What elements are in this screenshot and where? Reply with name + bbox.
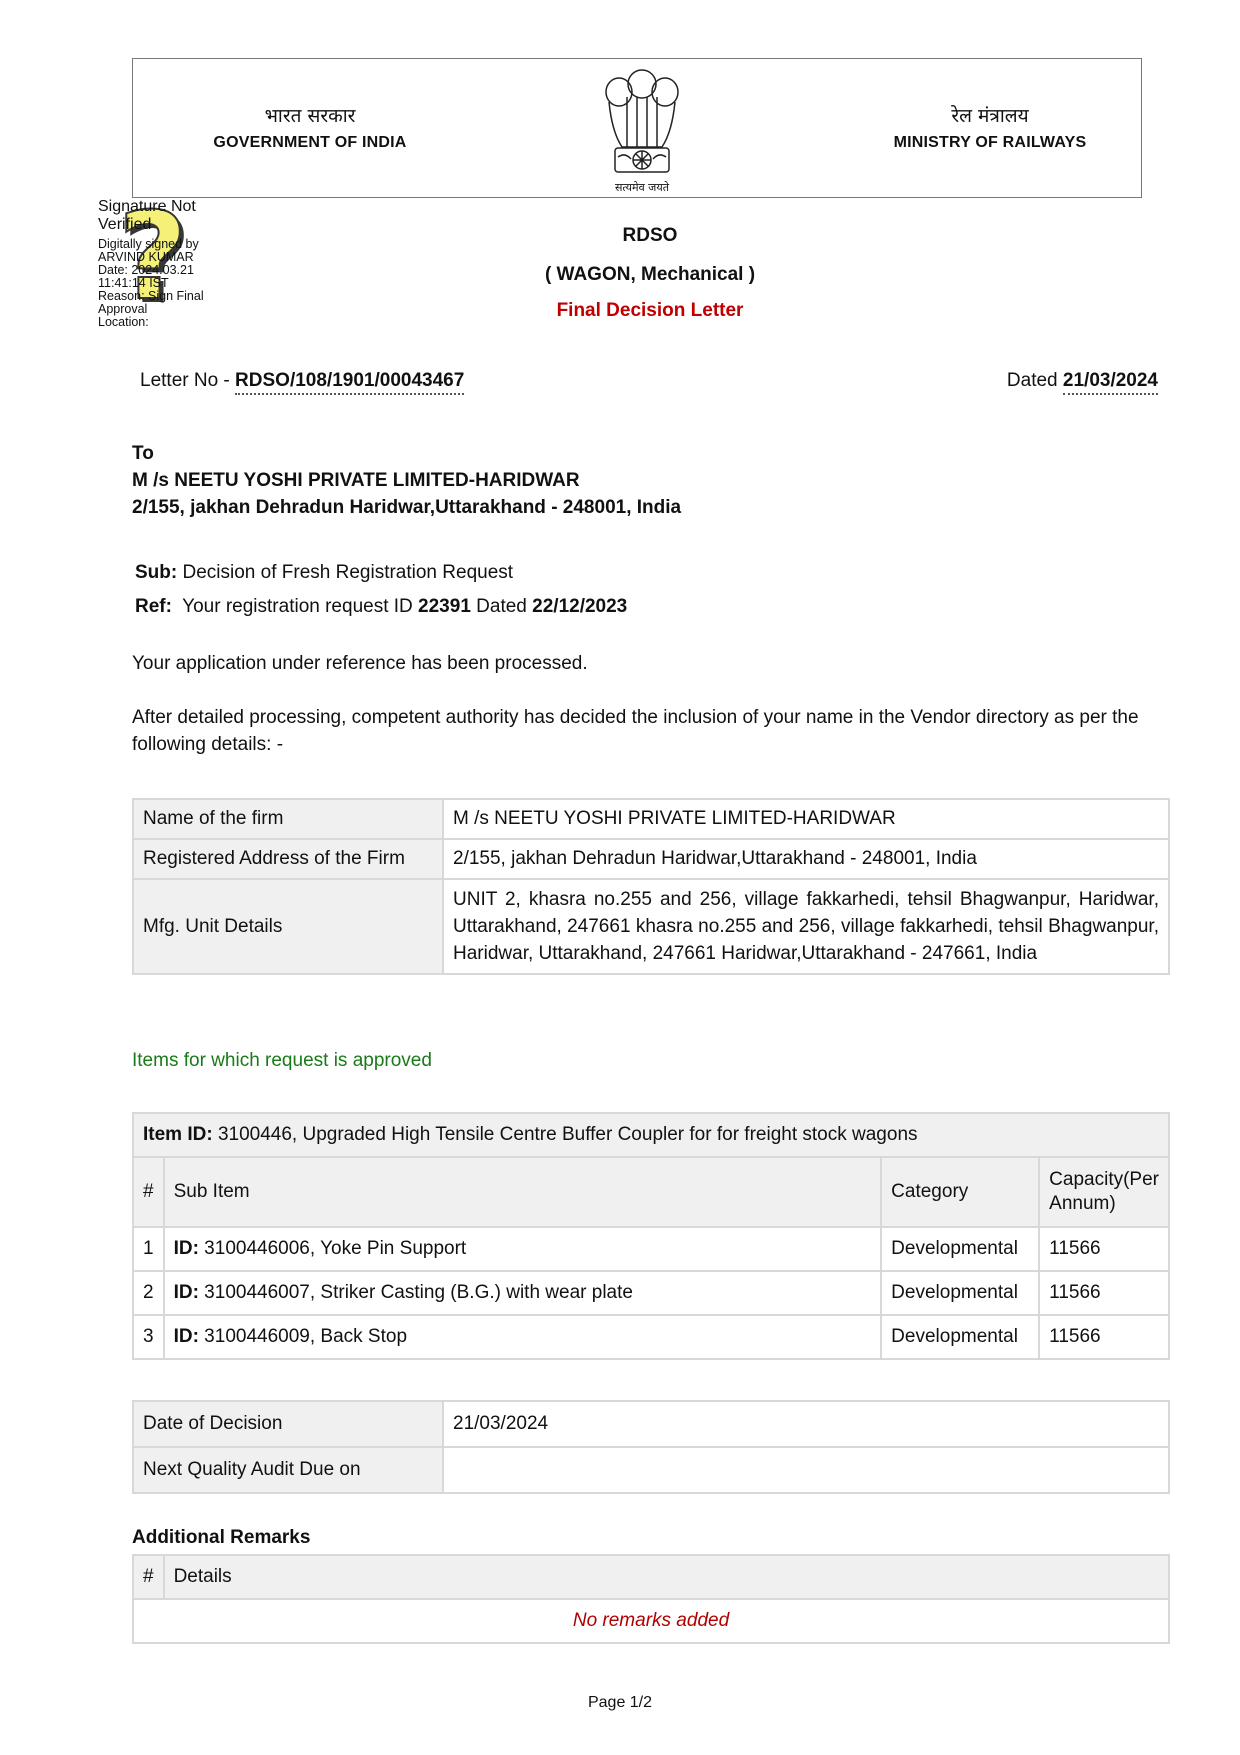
decision-dates-table: Date of Decision 21/03/2024 Next Quality… bbox=[132, 1400, 1170, 1494]
id-label: ID: bbox=[174, 1326, 199, 1347]
signature-status: Signature Not Verified bbox=[98, 198, 238, 234]
letterhead-left: भारत सरकार GOVERNMENT OF INDIA bbox=[150, 102, 470, 152]
id-label: ID: bbox=[174, 1282, 199, 1303]
ref-dated-text: Dated bbox=[471, 596, 532, 617]
signature-location: Location: bbox=[98, 316, 238, 329]
item-description: 3100446, Upgraded High Tensile Centre Bu… bbox=[213, 1124, 918, 1145]
document-titles: RDSO ( WAGON, Mechanical ) Final Decisio… bbox=[400, 225, 900, 322]
letter-number: Letter No - RDSO/108/1901/00043467 bbox=[140, 370, 464, 392]
row-number: 3 bbox=[133, 1315, 164, 1359]
row-number: 1 bbox=[133, 1227, 164, 1271]
national-emblem-icon bbox=[587, 62, 697, 192]
table-row: 3 ID: 3100446009, Back Stop Developmenta… bbox=[133, 1315, 1169, 1359]
letter-date-value: 21/03/2024 bbox=[1063, 370, 1158, 395]
ref-text: Your registration request ID bbox=[182, 596, 418, 617]
sub-item-cell: ID: 3100446006, Yoke Pin Support bbox=[164, 1227, 882, 1271]
letterhead-right: रेल मंत्रालय MINISTRY OF RAILWAYS bbox=[830, 102, 1150, 152]
id-label: ID: bbox=[174, 1238, 199, 1259]
sub-item-cell: ID: 3100446009, Back Stop bbox=[164, 1315, 882, 1359]
to-label: To bbox=[132, 440, 681, 467]
signature-reason: Reason: Sign Final Approval bbox=[98, 290, 238, 316]
sub-item-text: 3100446007, Striker Casting (B.G.) with … bbox=[199, 1282, 633, 1303]
decision-date-value: 21/03/2024 bbox=[443, 1401, 1169, 1447]
govt-english: GOVERNMENT OF INDIA bbox=[150, 134, 470, 152]
ref-date: 22/12/2023 bbox=[532, 596, 627, 617]
subject-block: Sub: Decision of Fresh Registration Requ… bbox=[135, 556, 627, 624]
sub-item-text: 3100446009, Back Stop bbox=[199, 1326, 407, 1347]
document-title: Final Decision Letter bbox=[400, 300, 900, 322]
decision-date-label: Date of Decision bbox=[133, 1401, 443, 1447]
recipient-address: 2/155, jakhan Dehradun Haridwar,Uttarakh… bbox=[132, 494, 681, 521]
no-remarks-text: No remarks added bbox=[133, 1599, 1169, 1643]
table-row: Name of the firm M /s NEETU YOSHI PRIVAT… bbox=[133, 799, 1169, 839]
letter-date: Dated 21/03/2024 bbox=[1007, 370, 1158, 392]
body-paragraph-2: After detailed processing, competent aut… bbox=[132, 704, 1162, 758]
item-id-label: Item ID: bbox=[143, 1124, 213, 1145]
firm-address-label: Registered Address of the Firm bbox=[133, 839, 443, 879]
capacity-cell: 11566 bbox=[1039, 1227, 1169, 1271]
mfg-unit-value: UNIT 2, khasra no.255 and 256, village f… bbox=[443, 879, 1169, 974]
emblem-motto: सत्यमेव जयते bbox=[587, 180, 697, 195]
capacity-cell: 11566 bbox=[1039, 1271, 1169, 1315]
category-cell: Developmental bbox=[881, 1271, 1039, 1315]
sub-item-text: 3100446006, Yoke Pin Support bbox=[199, 1238, 466, 1259]
govt-hindi: भारत सरकार bbox=[150, 102, 470, 128]
table-row: No remarks added bbox=[133, 1599, 1169, 1643]
page-number: Page 1/2 bbox=[0, 1694, 1240, 1712]
col-category: Category bbox=[881, 1157, 1039, 1227]
ministry-hindi: रेल मंत्रालय bbox=[830, 102, 1150, 128]
letter-number-label: Letter No - bbox=[140, 370, 235, 391]
sub-item-cell: ID: 3100446007, Striker Casting (B.G.) w… bbox=[164, 1271, 882, 1315]
ref-id: 22391 bbox=[418, 596, 471, 617]
table-header-row: # Details bbox=[133, 1555, 1169, 1599]
approved-items-heading: Items for which request is approved bbox=[132, 1050, 432, 1072]
category-cell: Developmental bbox=[881, 1227, 1039, 1271]
subject-label: Sub: bbox=[135, 562, 177, 583]
subject-text: Decision of Fresh Registration Request bbox=[183, 562, 514, 583]
table-row: 2 ID: 3100446007, Striker Casting (B.G.)… bbox=[133, 1271, 1169, 1315]
firm-address-value: 2/155, jakhan Dehradun Haridwar,Uttarakh… bbox=[443, 839, 1169, 879]
ref-label: Ref: bbox=[135, 596, 172, 617]
approved-items-table: Item ID: 3100446, Upgraded High Tensile … bbox=[132, 1112, 1170, 1360]
col-number: # bbox=[133, 1157, 164, 1227]
signature-signer: Digitally signed by ARVIND KUMAR bbox=[98, 238, 238, 264]
col-capacity: Capacity(Per Annum) bbox=[1039, 1157, 1169, 1227]
table-row: Mfg. Unit Details UNIT 2, khasra no.255 … bbox=[133, 879, 1169, 974]
firm-name-value: M /s NEETU YOSHI PRIVATE LIMITED-HARIDWA… bbox=[443, 799, 1169, 839]
directorate-title: ( WAGON, Mechanical ) bbox=[400, 264, 900, 286]
letter-date-label: Dated bbox=[1007, 370, 1063, 391]
table-row: Registered Address of the Firm 2/155, ja… bbox=[133, 839, 1169, 879]
recipient-name: M /s NEETU YOSHI PRIVATE LIMITED-HARIDWA… bbox=[132, 467, 681, 494]
signature-block[interactable]: Signature Not Verified Digitally signed … bbox=[98, 198, 238, 329]
next-audit-value bbox=[443, 1447, 1169, 1493]
next-audit-label: Next Quality Audit Due on bbox=[133, 1447, 443, 1493]
col-number: # bbox=[133, 1555, 164, 1599]
col-sub-item: Sub Item bbox=[164, 1157, 882, 1227]
body-paragraph-1: Your application under reference has bee… bbox=[132, 650, 1162, 677]
table-header-row: # Sub Item Category Capacity(Per Annum) bbox=[133, 1157, 1169, 1227]
table-row: Next Quality Audit Due on bbox=[133, 1447, 1169, 1493]
table-row: 1 ID: 3100446006, Yoke Pin Support Devel… bbox=[133, 1227, 1169, 1271]
table-row: Date of Decision 21/03/2024 bbox=[133, 1401, 1169, 1447]
category-cell: Developmental bbox=[881, 1315, 1039, 1359]
item-header-row: Item ID: 3100446, Upgraded High Tensile … bbox=[133, 1113, 1169, 1157]
firm-name-label: Name of the firm bbox=[133, 799, 443, 839]
capacity-cell: 11566 bbox=[1039, 1315, 1169, 1359]
remarks-heading: Additional Remarks bbox=[132, 1527, 310, 1549]
col-details: Details bbox=[164, 1555, 1169, 1599]
letter-number-value: RDSO/108/1901/00043467 bbox=[235, 370, 464, 395]
org-title: RDSO bbox=[400, 225, 900, 247]
row-number: 2 bbox=[133, 1271, 164, 1315]
recipient-block: To M /s NEETU YOSHI PRIVATE LIMITED-HARI… bbox=[132, 440, 681, 521]
mfg-unit-label: Mfg. Unit Details bbox=[133, 879, 443, 974]
firm-details-table: Name of the firm M /s NEETU YOSHI PRIVAT… bbox=[132, 798, 1170, 975]
remarks-table: # Details No remarks added bbox=[132, 1554, 1170, 1644]
ministry-english: MINISTRY OF RAILWAYS bbox=[830, 134, 1150, 152]
